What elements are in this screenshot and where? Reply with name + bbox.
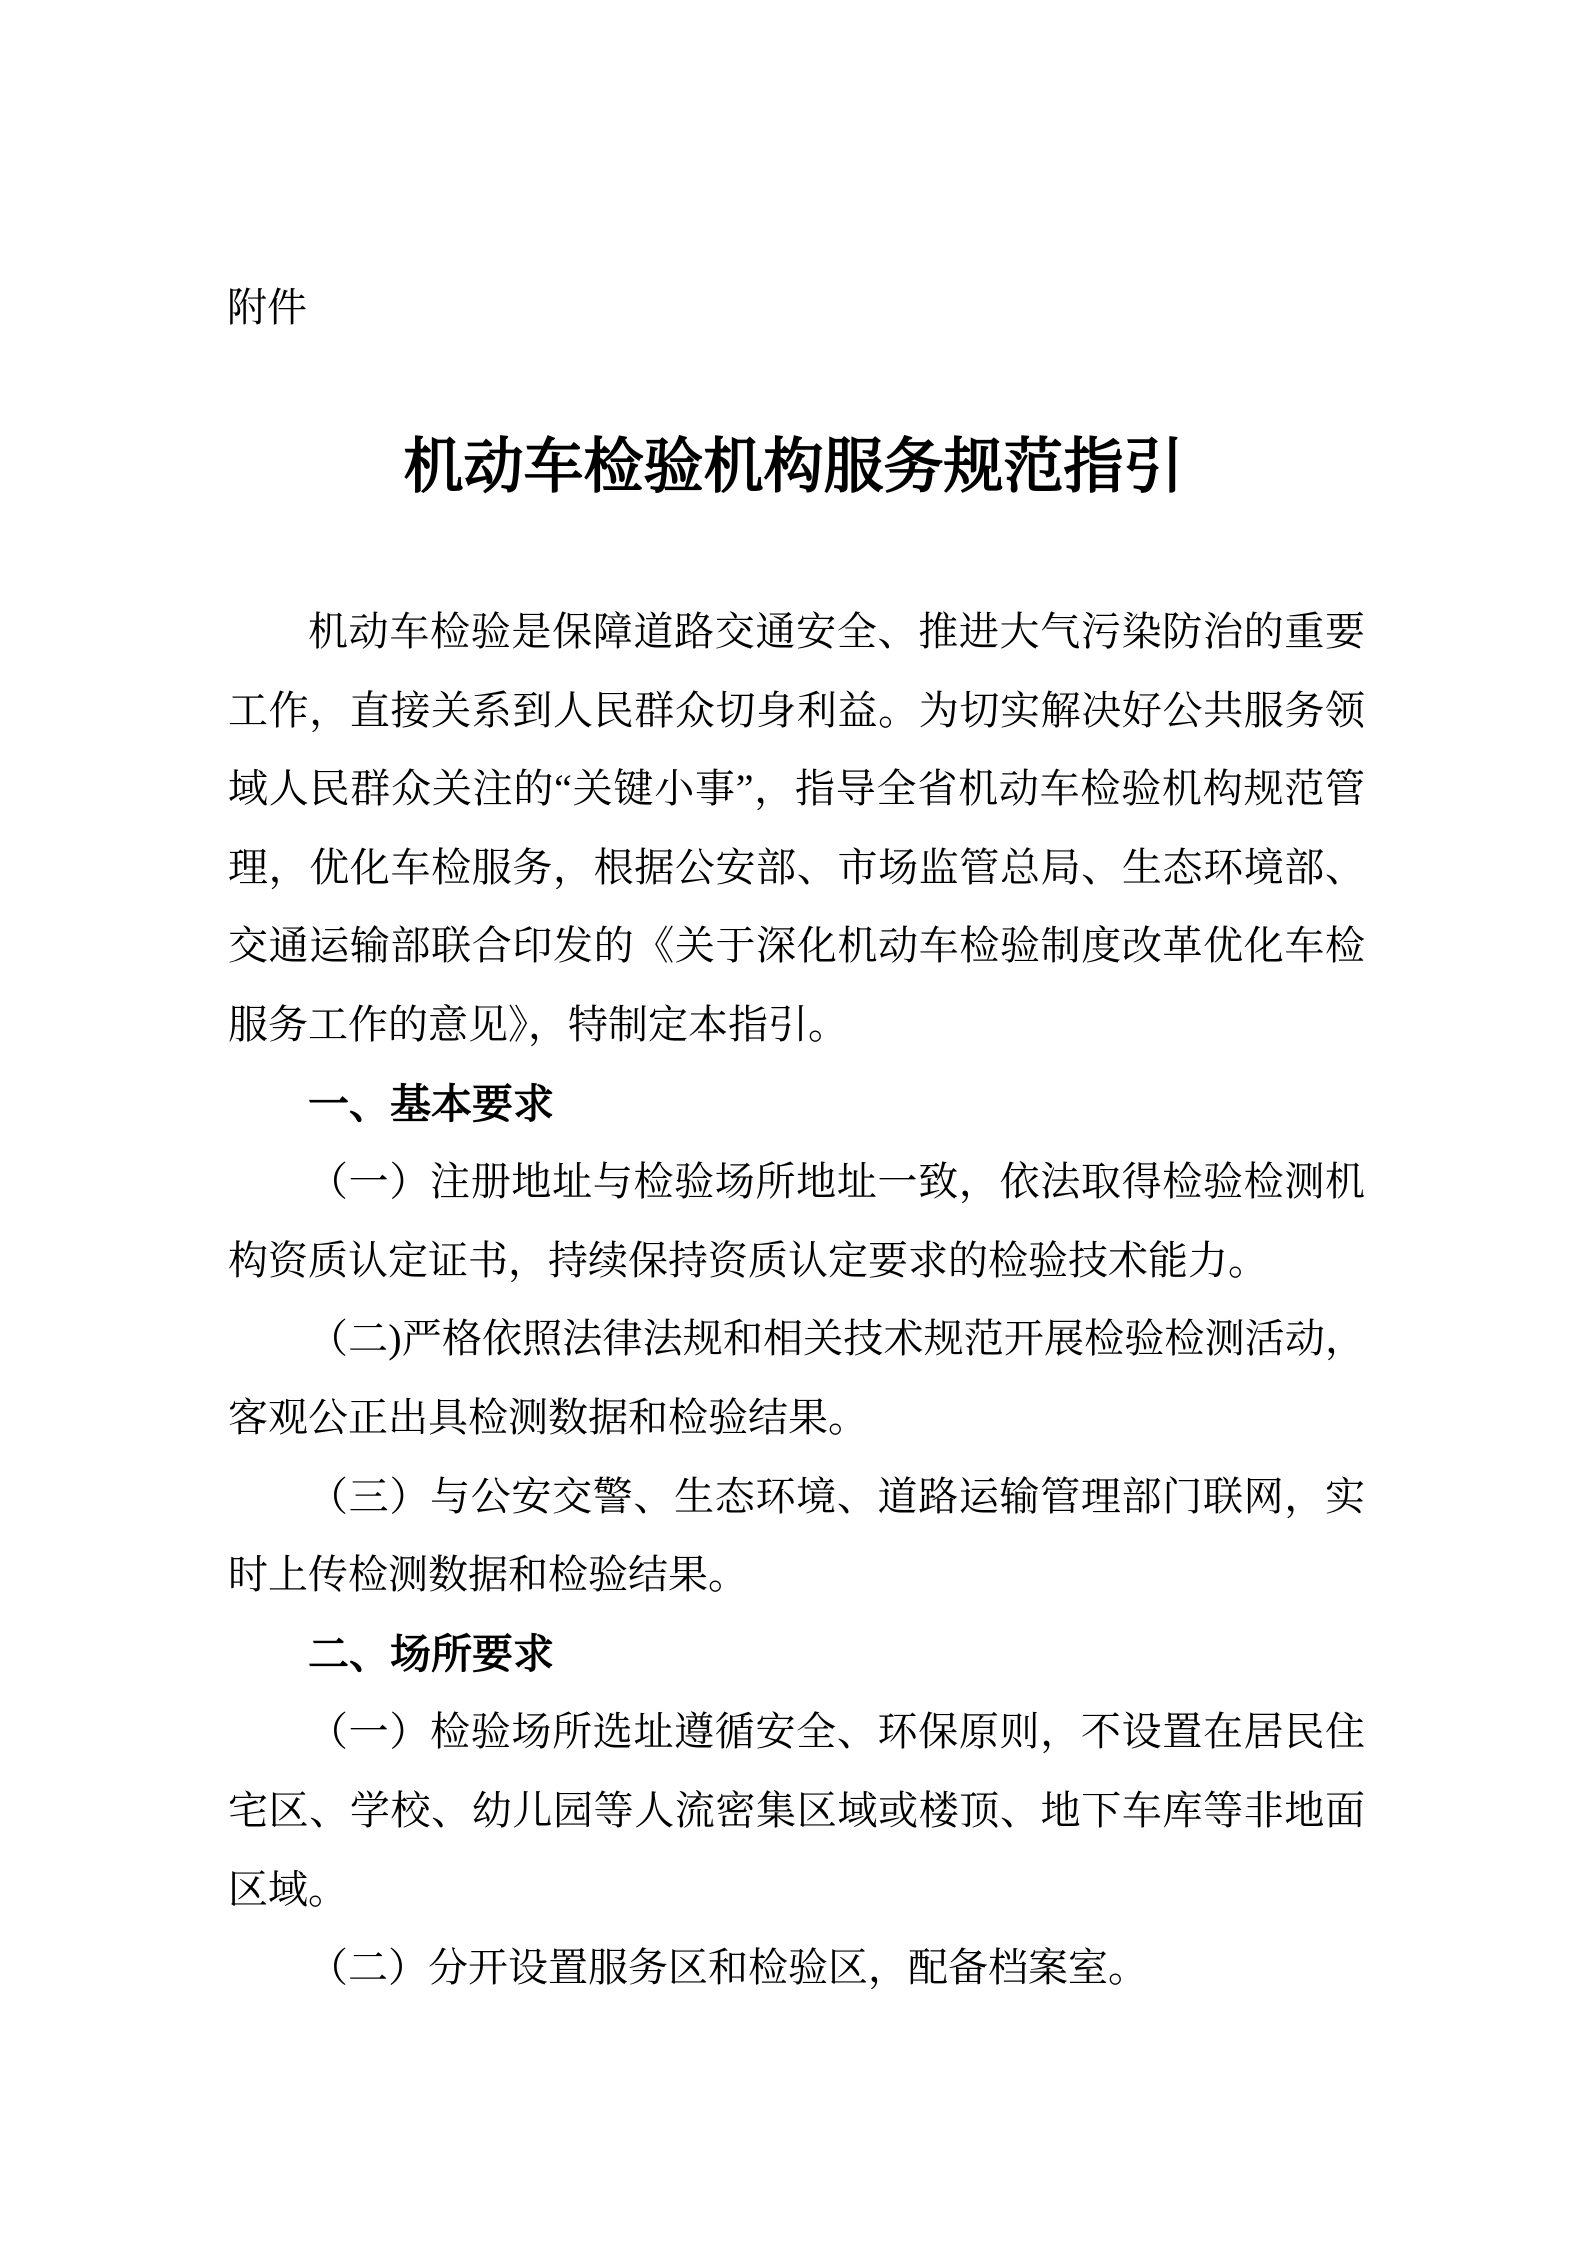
page-title: 机动车检验机构服务规范指引 (0, 427, 1587, 507)
document-line: 宅区、学校、幼儿园等人流密集区域或楼顶、地下车库等非地面 (228, 1772, 1365, 1851)
attachment-label: 附件 (227, 284, 307, 332)
section-heading: 一、基本要求 (228, 1065, 1365, 1144)
document-line: （三）与公安交警、生态环境、道路运输管理部门联网，实 (228, 1458, 1365, 1537)
document-line: 服务工作的意见》，特制定本指引。 (228, 986, 1365, 1065)
document-line: （二)严格依照法律法规和相关技术规范开展检验检测活动， (228, 1300, 1365, 1379)
document-line: （一）注册地址与检验场所地址一致，依法取得检验检测机 (228, 1143, 1365, 1222)
document-line: 域人民群众关注的“关键小事”，指导全省机动车检验机构规范管 (228, 750, 1365, 829)
document-line: 理，优化车检服务，根据公安部、市场监管总局、生态环境部、 (228, 829, 1365, 908)
document-line: 区域。 (228, 1851, 1365, 1930)
document-line: 机动车检验是保障道路交通安全、推进大气污染防治的重要 (228, 593, 1365, 672)
document-line: （二）分开设置服务区和检验区，配备档案室。 (228, 1929, 1365, 2008)
document-line: （一）检验场所选址遵循安全、环保原则，不设置在居民住 (228, 1693, 1365, 1772)
document-line: 构资质认定证书，持续保持资质认定要求的检验技术能力。 (228, 1222, 1365, 1301)
document-page: 附件 机动车检验机构服务规范指引 机动车检验是保障道路交通安全、推进大气污染防治… (0, 0, 1587, 2245)
document-body: 机动车检验是保障道路交通安全、推进大气污染防治的重要工作，直接关系到人民群众切身… (228, 593, 1365, 2008)
document-line: 客观公正出具检测数据和检验结果。 (228, 1379, 1365, 1458)
document-line: 交通运输部联合印发的《关于深化机动车检验制度改革优化车检 (228, 907, 1365, 986)
document-line: 时上传检测数据和检验结果。 (228, 1536, 1365, 1615)
document-line: 工作，直接关系到人民群众切身利益。为切实解决好公共服务领 (228, 672, 1365, 751)
section-heading: 二、场所要求 (228, 1615, 1365, 1694)
